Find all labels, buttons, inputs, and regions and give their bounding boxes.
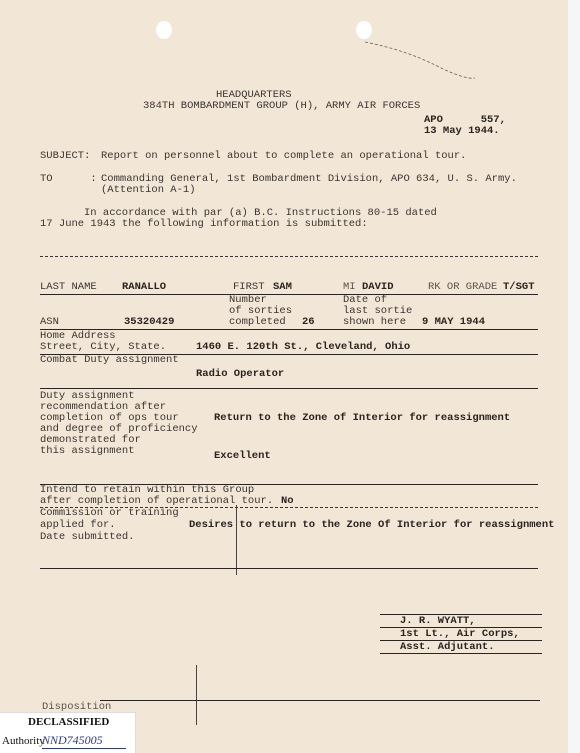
rank-label: RK OR GRADE (428, 281, 497, 293)
intro-line2: 17 June 1943 the following information i… (40, 218, 368, 230)
to-line2: (Attention A-1) (101, 184, 196, 196)
commission-value: Desires to return to the Zone Of Interio… (189, 519, 554, 531)
signer-rank: 1st Lt., Air Corps, (400, 628, 520, 640)
commission-label-2: applied for. (40, 519, 116, 531)
declassified-stamp: DECLASSIFIED Authority NND745005 (0, 712, 136, 753)
row-rule (40, 568, 538, 569)
divider (40, 256, 538, 257)
subject-text: Report on personnel about to complete an… (101, 150, 466, 162)
commission-label-1: Commission or training (40, 507, 179, 519)
retain-label-2: after completion of operational tour. (40, 495, 273, 507)
sorties-value: 26 (302, 316, 315, 328)
last-sortie-label-3: shown here (343, 316, 406, 328)
signer-title: Asst. Adjutant. (400, 641, 495, 653)
row-rule (40, 388, 538, 389)
header-line2: 384TH BOMBARDMENT GROUP (H), ARMY AIR FO… (143, 100, 420, 112)
memo-date: 13 May 1944. (424, 125, 500, 137)
retain-value: No (281, 495, 294, 507)
document-page: HEADQUARTERS 384TH BOMBARDMENT GROUP (H)… (0, 0, 568, 753)
address-value: 1460 E. 120th St., Cleveland, Ohio (196, 341, 410, 353)
row-rule (40, 294, 538, 295)
to-label: TO : (40, 173, 97, 185)
duty-rec-value: Return to the Zone of Interior for reass… (214, 412, 510, 424)
duty-rec-label-6: this assignment (40, 445, 135, 457)
rank-value: T/SGT (503, 281, 535, 293)
last-sortie-value: 9 MAY 1944 (422, 316, 485, 328)
punch-hole-right (356, 21, 372, 39)
combat-duty-value: Radio Operator (196, 368, 284, 380)
sorties-label-3: completed (229, 316, 286, 328)
first-name-value: SAM (273, 281, 292, 293)
stamp-title: DECLASSIFIED (28, 716, 109, 728)
punch-hole-left (156, 21, 172, 39)
margin-mark (236, 505, 237, 575)
signature-rule (380, 653, 542, 654)
subject-label: SUBJECT: (40, 150, 90, 162)
mi-label: MI (343, 281, 356, 293)
mi-value: DAVID (362, 281, 394, 293)
margin-mark (196, 665, 197, 725)
disposition-rule (100, 700, 540, 701)
address-label-2: Street, City, State. (40, 341, 166, 353)
commission-label-3: Date submitted. (40, 531, 135, 543)
last-name-label: LAST NAME (40, 281, 97, 293)
first-name-label: FIRST (233, 281, 265, 293)
stamp-authority-label: Authority (2, 735, 45, 747)
proficiency-value: Excellent (214, 450, 271, 462)
asn-value: 35320429 (124, 316, 174, 328)
asn-label: ASN (40, 316, 59, 328)
last-name-value: RANALLO (122, 281, 166, 293)
pencil-mark (365, 40, 475, 80)
signer-name: J. R. WYATT, (400, 615, 476, 627)
combat-duty-label: Combat Duty assignment (40, 354, 179, 366)
stamp-authority-number: NND745005 (42, 733, 126, 749)
